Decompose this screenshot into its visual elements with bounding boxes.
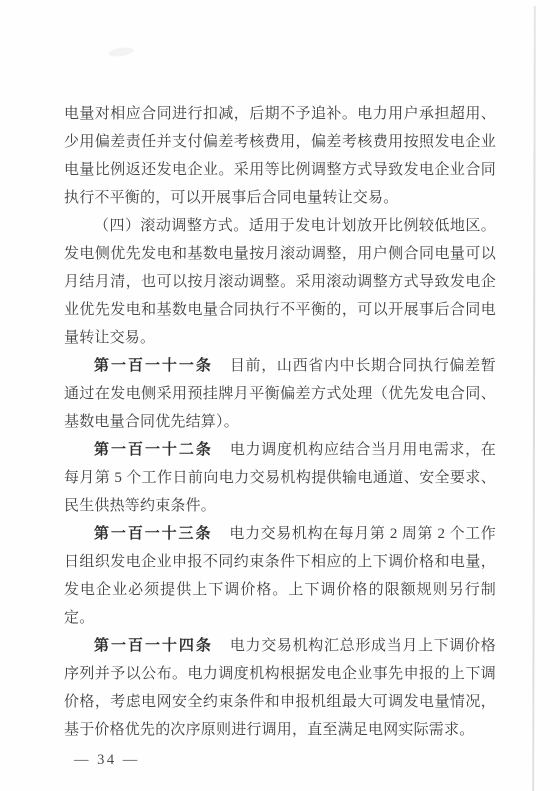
paragraph-article-113: 第一百一十三条电力交易机构在每月第 2 周第 2 个工作日组织发电企业申报不同约… (64, 520, 496, 632)
article-number: 第一百一十四条 (94, 638, 213, 654)
scan-smudge-artifact (108, 46, 135, 58)
paragraph-continuation: 电量对相应合同进行扣减，后期不予追补。电力用户承担超用、少用偏差责任并支付偏差考… (64, 100, 496, 212)
scan-page-edge-line (532, 6, 536, 791)
paragraph-article-111: 第一百一十一条目前，山西省内中长期合同执行偏差暂通过在发电侧采用预挂牌月平衡偏差… (64, 352, 496, 436)
document-text-block: 电量对相应合同进行扣减，后期不予追补。电力用户承担超用、少用偏差责任并支付偏差考… (64, 100, 496, 770)
paragraph-article-112: 第一百一十二条电力调度机构应结合当月用电需求，在每月第 5 个工作日前向电力交易… (64, 436, 496, 520)
paragraph-text: 电量对相应合同进行扣减，后期不予追补。电力用户承担超用、少用偏差责任并支付偏差考… (64, 106, 496, 206)
page-number: — 34 — (74, 750, 496, 770)
article-number: 第一百一十二条 (94, 442, 213, 458)
paragraph-text: （四）滚动调整方式。适用于发电计划放开比例较低地区。发电侧优先发电和基数电量按月… (64, 218, 496, 346)
paragraph-item-4: （四）滚动调整方式。适用于发电计划放开比例较低地区。发电侧优先发电和基数电量按月… (64, 212, 496, 352)
document-page: 电量对相应合同进行扣减，后期不予追补。电力用户承担超用、少用偏差责任并支付偏差考… (0, 0, 560, 791)
article-number: 第一百一十一条 (94, 358, 213, 374)
paragraph-article-114: 第一百一十四条电力交易机构汇总形成当月上下调价格序列并予以公布。电力调度机构根据… (64, 632, 496, 744)
article-number: 第一百一十三条 (94, 526, 212, 542)
